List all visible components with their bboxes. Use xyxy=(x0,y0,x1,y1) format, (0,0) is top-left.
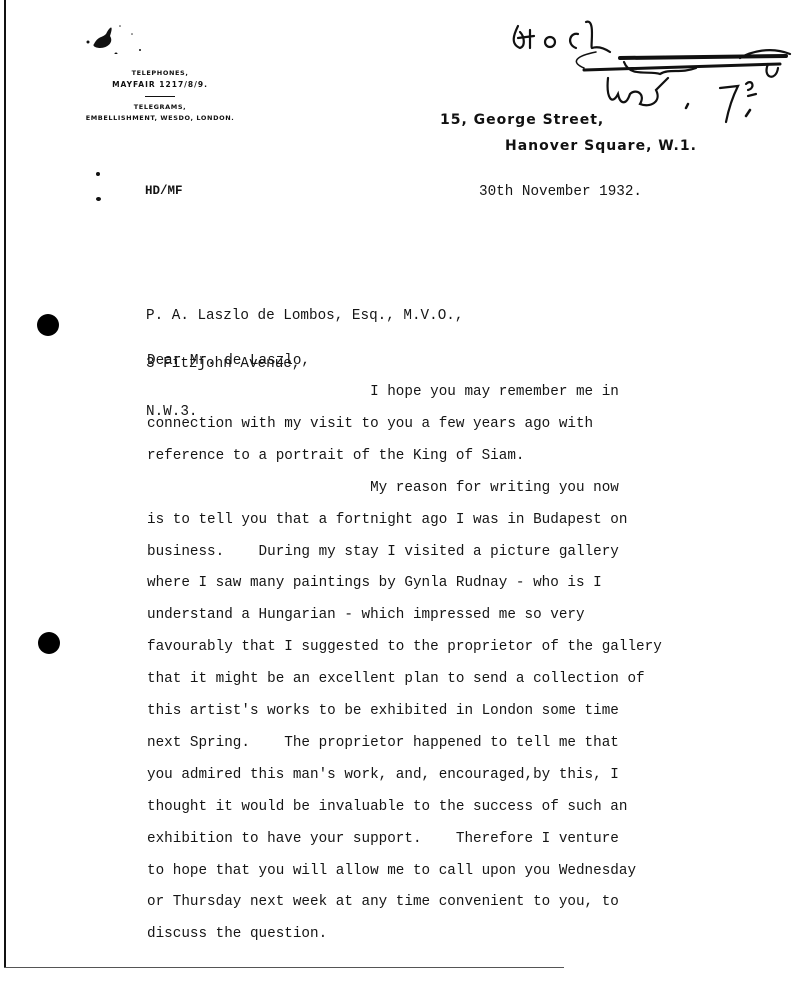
body-line: connection with my visit to you a few ye… xyxy=(147,416,593,432)
body-line: understand a Hungarian - which impressed… xyxy=(147,607,585,623)
body-line: I hope you may remember me in xyxy=(147,384,619,400)
telephone-number: MAYFAIR 1217/8/9. xyxy=(70,79,250,90)
telephones-label: TELEPHONES, xyxy=(70,68,250,79)
body-line: business. During my stay I visited a pic… xyxy=(147,544,619,560)
punch-hole-top xyxy=(37,314,59,336)
page-edge-bottom xyxy=(4,967,564,968)
page-edge-left xyxy=(4,0,6,968)
body-line: is to tell you that a fortnight ago I wa… xyxy=(147,512,627,528)
body-line: exhibition to have your support. Therefo… xyxy=(147,831,619,847)
reference-code: HD/MF xyxy=(145,184,183,198)
body-line: you admired this man's work, and, encour… xyxy=(147,767,619,783)
divider xyxy=(145,96,175,97)
crest-emblem-icon xyxy=(80,14,150,54)
body-line: this artist's works to be exhibited in L… xyxy=(147,703,619,719)
body-line: or Thursday next week at any time conven… xyxy=(147,894,619,910)
letter-date: 30th November 1932. xyxy=(479,184,642,200)
body-line: to hope that you will allow me to call u… xyxy=(147,863,636,879)
body-line: discuss the question. xyxy=(147,926,327,942)
body-line: favourably that I suggested to the propr… xyxy=(147,639,662,655)
handwritten-note: Ho'cl xyxy=(500,8,800,128)
salutation: Dear Mr. de Laszlo, xyxy=(147,353,310,369)
recipient-name: P. A. Laszlo de Lombos, Esq., M.V.O., xyxy=(146,308,463,324)
body-line: that it might be an excellent plan to se… xyxy=(147,671,645,687)
body-line: thought it would be invaluable to the su… xyxy=(147,799,627,815)
letter-page: TELEPHONES, MAYFAIR 1217/8/9. TELEGRAMS,… xyxy=(0,0,804,1000)
body-line: My reason for writing you now xyxy=(147,480,619,496)
letterhead-address-line2: Hanover Square, W.1. xyxy=(505,138,697,154)
body-line: where I saw many paintings by Gynla Rudn… xyxy=(147,575,602,591)
body-line: reference to a portrait of the King of S… xyxy=(147,448,525,464)
ink-speck xyxy=(96,172,100,176)
punch-hole-bottom xyxy=(38,632,60,654)
telegrams-label: TELEGRAMS, xyxy=(70,102,250,113)
ink-speck xyxy=(96,197,101,201)
letterhead-contacts: TELEPHONES, MAYFAIR 1217/8/9. TELEGRAMS,… xyxy=(70,68,250,124)
body-line: next Spring. The proprietor happened to … xyxy=(147,735,619,751)
svg-text:Ho'cl: Ho'cl xyxy=(500,8,503,9)
telegram-address: EMBELLISHMENT, WESDO, LONDON. xyxy=(70,113,250,124)
